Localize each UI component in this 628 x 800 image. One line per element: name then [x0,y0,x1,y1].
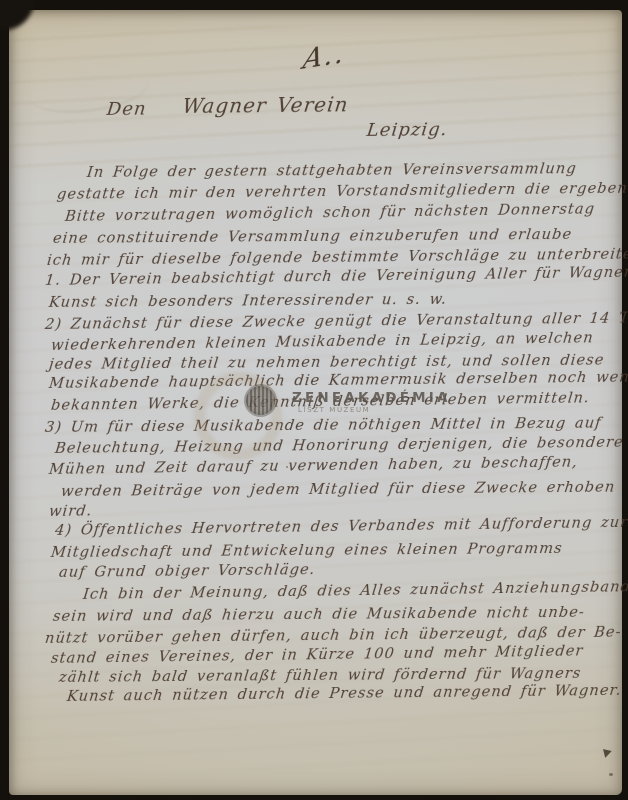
handwriting-line: auf Grund obiger Vorschläge. [58,561,316,581]
scanned-letter-page: A.. Den Wagner Verein Leipzig. In Folge … [0,0,628,800]
handwriting-line: werden Beiträge von jedem Mitglied für d… [60,479,616,500]
handwriting-line: Kunst sich besonders Interessirender u. … [48,291,448,311]
handwriting-line: gestatte ich mir den verehrten Vorstands… [56,180,628,203]
handwriting-line: Bitte vorzutragen womöglich schon für nä… [64,201,596,226]
handwriting-line: Mitgliedschaft und Entwickelung eines kl… [50,540,564,561]
handwriting-line: eine constituirende Versammlung einzuber… [52,226,573,247]
handwriting-line: bekannten Werke, die Kenntniß derselben … [50,389,590,414]
handwriting-line: Mühen und Zeit darauf zu verwenden haben… [48,454,579,479]
handwriting-line: stand eines Vereines, der in Kürze 100 u… [50,642,584,667]
handwriting-line: wird. [48,503,93,520]
handwriting-line: Kunst auch nützen durch die Presse und a… [66,682,623,705]
handwriting-line: sein wird und daß hierzu auch die Musika… [52,604,586,625]
handwriting-line: wiederkehrenden kleinen Musikabende in L… [50,329,594,354]
handwriting-line: Ich bin der Meinung, daß dies Alles zunä… [82,578,628,603]
paper-speck [609,773,613,776]
letter-body: In Folge der gestern stattgehabten Verei… [0,0,628,800]
handwriting-line: In Folge der gestern stattgehabten Verei… [86,160,578,181]
handwriting-line: 4) Öffentliches Hervortreten des Verband… [54,514,628,539]
handwriting-line: 3) Um für diese Musikabende die nöthigen… [44,415,603,436]
paper-speck [286,466,288,468]
